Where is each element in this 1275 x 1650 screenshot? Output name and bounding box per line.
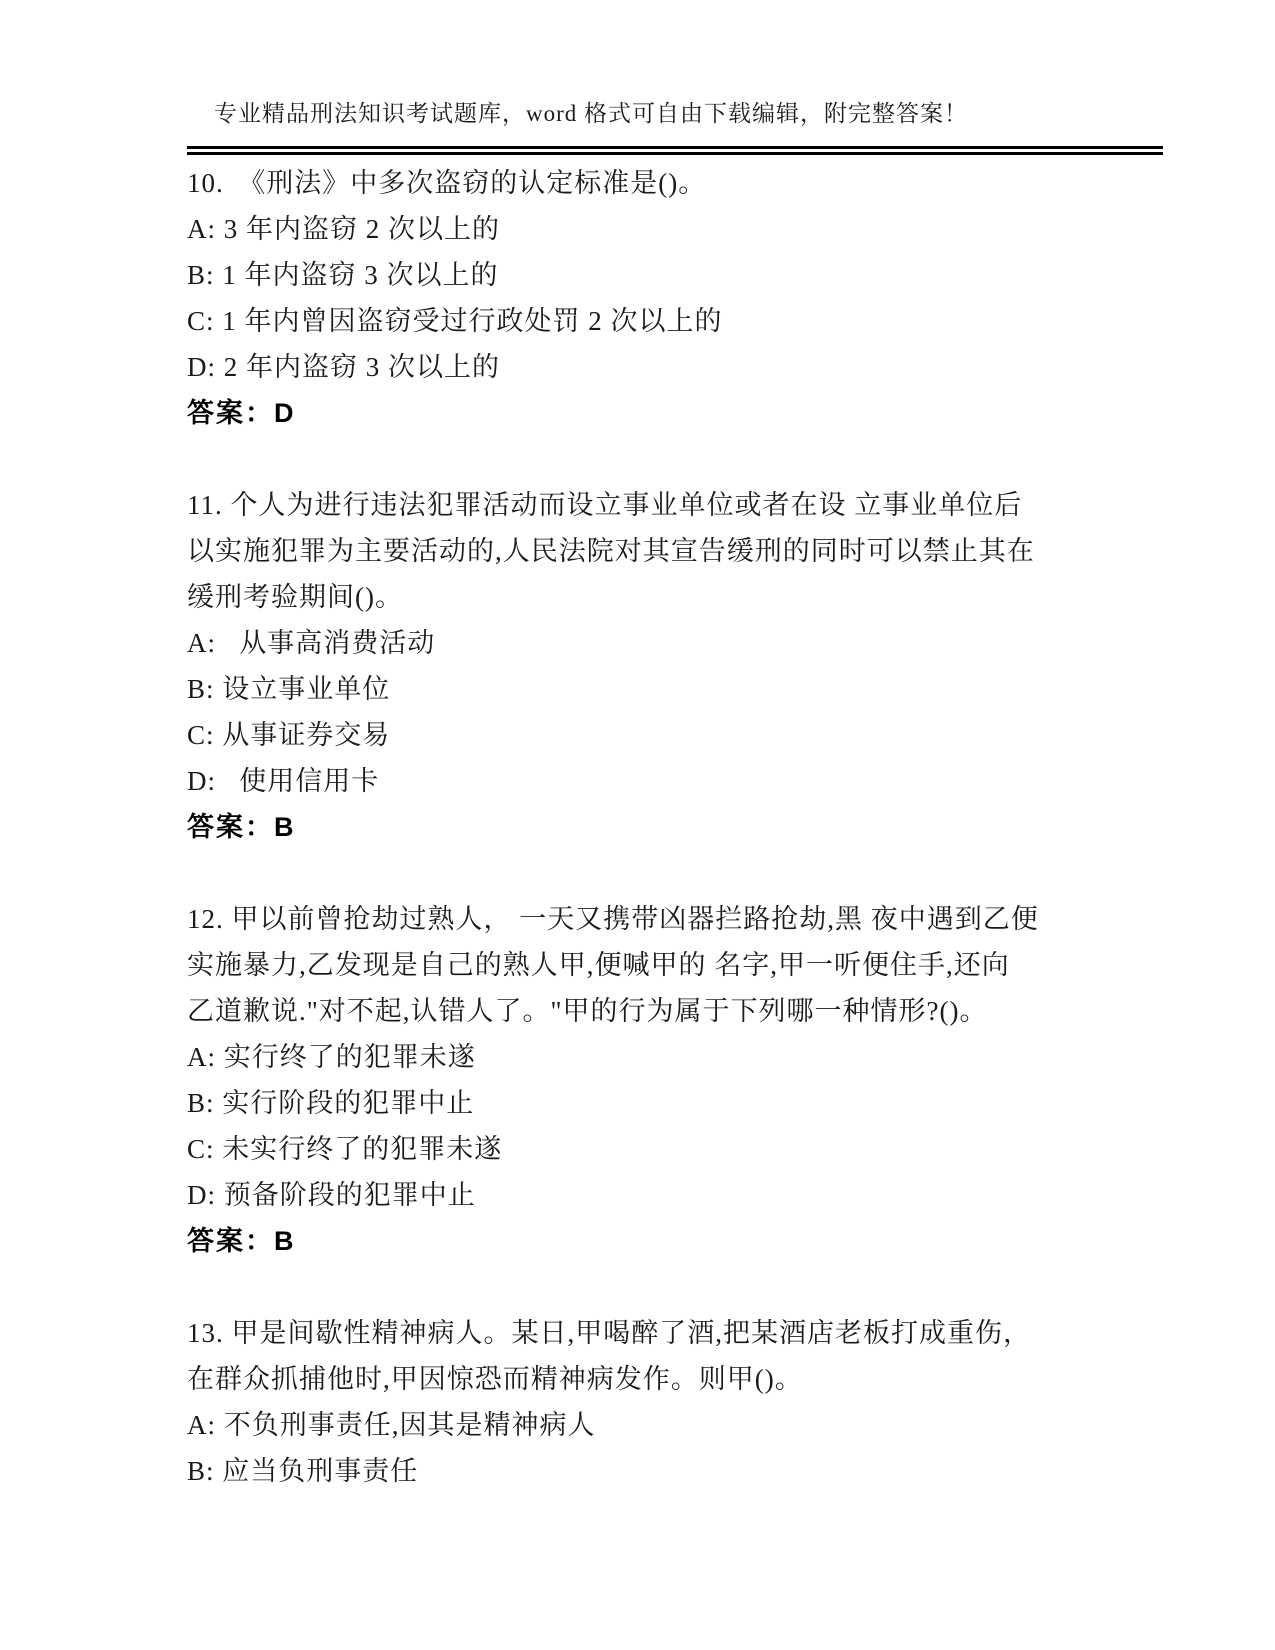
question-12-stem-line-2: 实施暴力,乙发现是自己的熟人甲,便喊甲的 名字,甲一听便住手,还向 <box>187 942 1177 988</box>
question-10-stem-line-1: 10. 《刑法》中多次盗窃的认定标准是()。 <box>187 160 1177 206</box>
question-12-option-d: D: 预备阶段的犯罪中止 <box>187 1172 1177 1218</box>
question-block-12: 12. 甲以前曾抢劫过熟人， 一天又携带凶器拦路抢劫,黑 夜中遇到乙便 实施暴力… <box>187 896 1177 1264</box>
question-13-stem-line-2: 在群众抓捕他时,甲因惊恐而精神病发作。则甲()。 <box>187 1356 1177 1402</box>
question-12-answer: 答案：B <box>187 1218 1177 1264</box>
question-11-option-a: A: 从事高消费活动 <box>187 620 1177 666</box>
document-content: 10. 《刑法》中多次盗窃的认定标准是()。 A: 3 年内盗窃 2 次以上的 … <box>187 160 1177 1494</box>
question-block-11: 11. 个人为进行违法犯罪活动而设立事业单位或者在设 立事业单位后 以实施犯罪为… <box>187 482 1177 850</box>
question-13-option-a: A: 不负刑事责任,因其是精神病人 <box>187 1402 1177 1448</box>
block-spacer <box>187 850 1177 896</box>
question-11-option-b: B: 设立事业单位 <box>187 666 1177 712</box>
question-11-option-d: D: 使用信用卡 <box>187 758 1177 804</box>
block-spacer <box>187 1264 1177 1310</box>
question-13-stem-line-1: 13. 甲是间歇性精神病人。某日,甲喝醉了酒,把某酒店老板打成重伤， <box>187 1310 1177 1356</box>
question-10-answer: 答案：D <box>187 390 1177 436</box>
question-12-stem-line-1: 12. 甲以前曾抢劫过熟人， 一天又携带凶器拦路抢劫,黑 夜中遇到乙便 <box>187 896 1177 942</box>
question-11-answer: 答案：B <box>187 804 1177 850</box>
question-12-option-a: A: 实行终了的犯罪未遂 <box>187 1034 1177 1080</box>
question-11-option-c: C: 从事证券交易 <box>187 712 1177 758</box>
question-10-option-a: A: 3 年内盗窃 2 次以上的 <box>187 206 1177 252</box>
question-12-stem-line-3: 乙道歉说."对不起,认错人了。"甲的行为属于下列哪一种情形?()。 <box>187 988 1177 1034</box>
question-10-option-b: B: 1 年内盗窃 3 次以上的 <box>187 252 1177 298</box>
question-11-stem-line-2: 以实施犯罪为主要活动的,人民法院对其宣告缓刑的同时可以禁止其在 <box>187 528 1177 574</box>
question-12-option-c: C: 未实行终了的犯罪未遂 <box>187 1126 1177 1172</box>
question-11-stem-line-1: 11. 个人为进行违法犯罪活动而设立事业单位或者在设 立事业单位后 <box>187 482 1177 528</box>
question-block-13: 13. 甲是间歇性精神病人。某日,甲喝醉了酒,把某酒店老板打成重伤， 在群众抓捕… <box>187 1310 1177 1494</box>
question-10-option-c: C: 1 年内曾因盗窃受过行政处罚 2 次以上的 <box>187 298 1177 344</box>
block-spacer <box>187 436 1177 482</box>
question-block-10: 10. 《刑法》中多次盗窃的认定标准是()。 A: 3 年内盗窃 2 次以上的 … <box>187 160 1177 436</box>
question-11-stem-line-3: 缓刑考验期间()。 <box>187 574 1177 620</box>
document-page: 专业精品刑法知识考试题库，word 格式可自由下载编辑，附完整答案！ 10. 《… <box>0 0 1275 1650</box>
header-divider-rule <box>187 146 1163 155</box>
question-12-option-b: B: 实行阶段的犯罪中止 <box>187 1080 1177 1126</box>
header-text: 专业精品刑法知识考试题库，word 格式可自由下载编辑，附完整答案！ <box>214 101 968 126</box>
question-13-option-b: B: 应当负刑事责任 <box>187 1448 1177 1494</box>
question-10-option-d: D: 2 年内盗窃 3 次以上的 <box>187 344 1177 390</box>
